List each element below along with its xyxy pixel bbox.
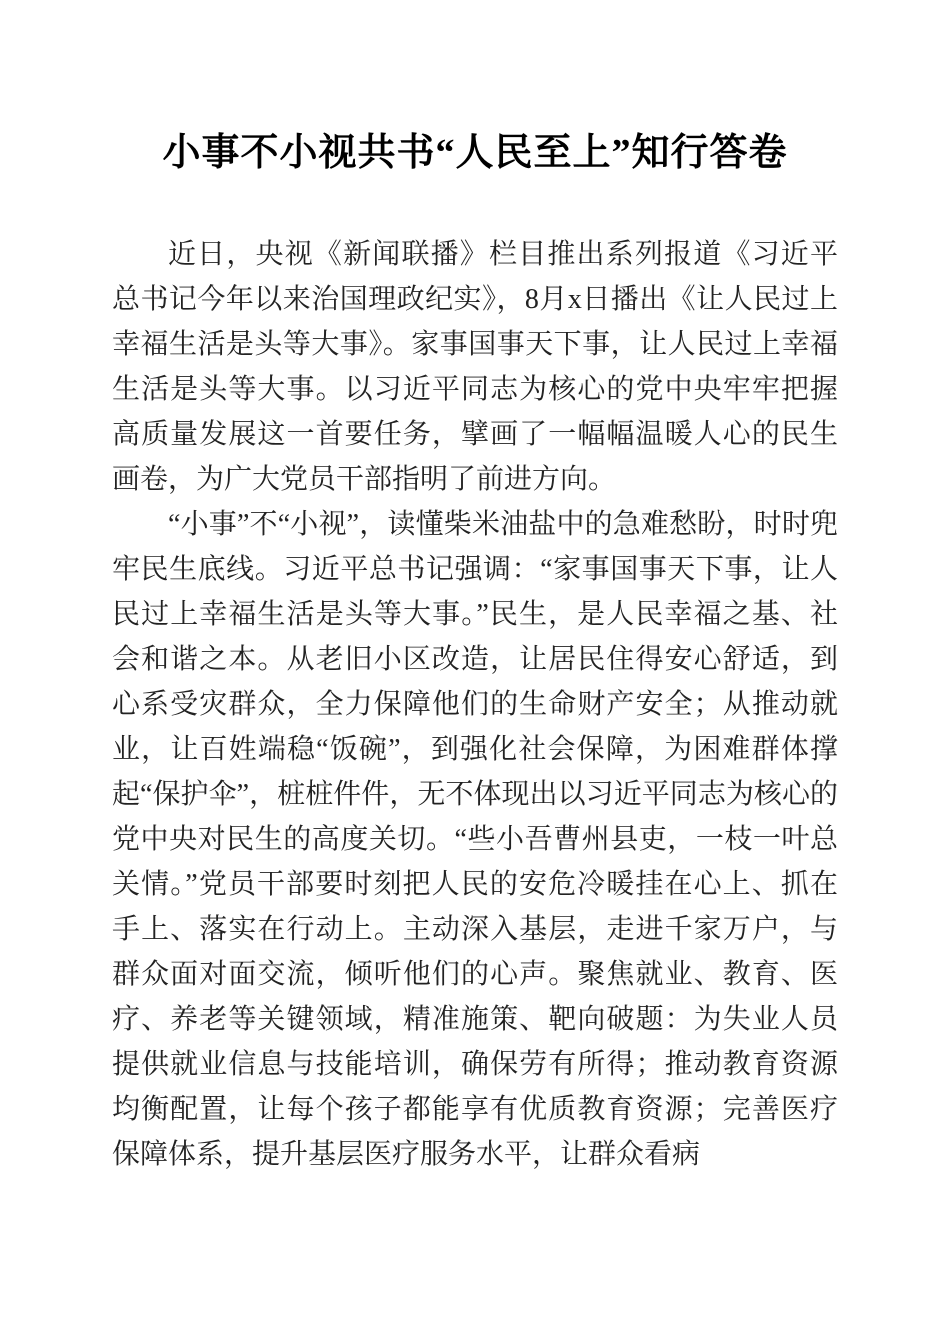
- document-body: 近日，央视《新闻联播》栏目推出系列报道《习近平总书记今年以来治国理政纪实》，8月…: [112, 232, 838, 1177]
- paragraph-1: 近日，央视《新闻联播》栏目推出系列报道《习近平总书记今年以来治国理政纪实》，8月…: [112, 232, 838, 502]
- document-page: 小事不小视共书“人民至上”知行答卷 近日，央视《新闻联播》栏目推出系列报道《习近…: [0, 0, 950, 1344]
- document-title: 小事不小视共书“人民至上”知行答卷: [40, 128, 910, 178]
- paragraph-2: “小事”不“小视”，读懂柴米油盐中的急难愁盼，时时兜牢民生底线。习近平总书记强调…: [112, 502, 838, 1177]
